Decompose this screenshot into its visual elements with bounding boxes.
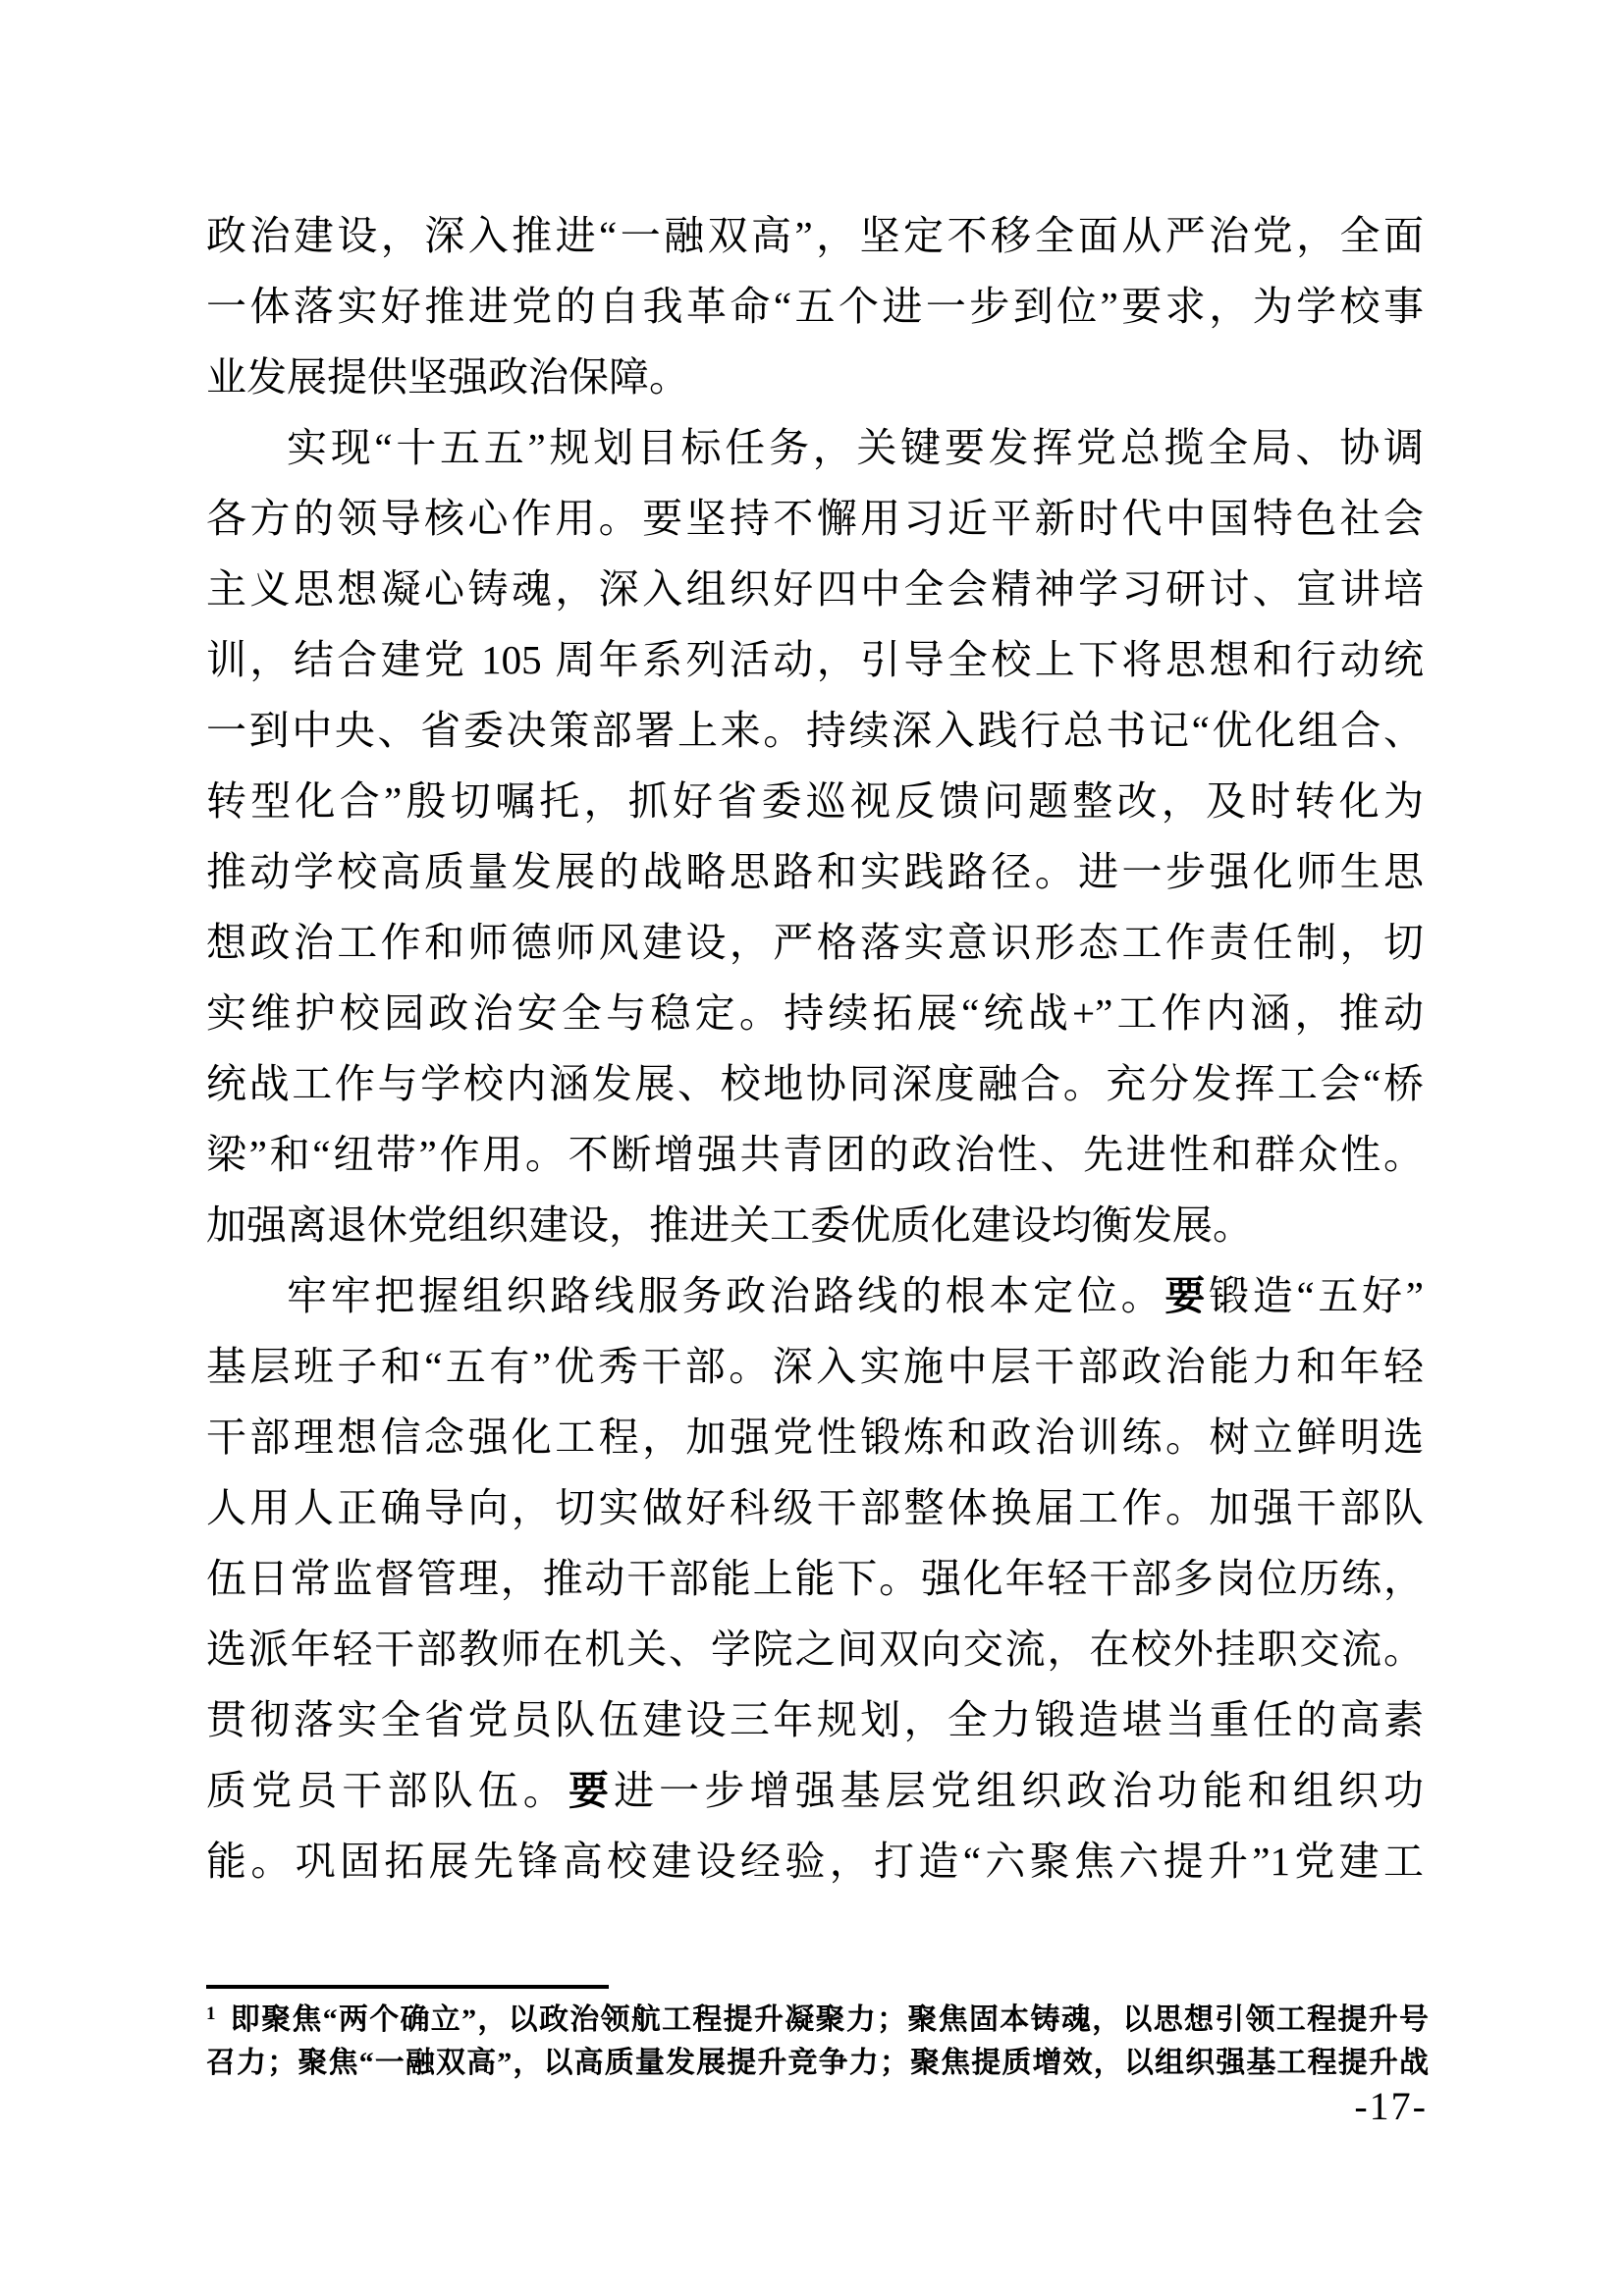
- body-line: 贯彻落实全省党员队伍建设三年规划，全力锻造堪当重任的高素: [206, 1684, 1424, 1755]
- body-text-segment: 基层班子和“五有”优秀干部。深入实施中层干部政治能力和年轻: [206, 1344, 1424, 1389]
- body-line: 基层班子和“五有”优秀干部。深入实施中层干部政治能力和年轻: [206, 1331, 1424, 1402]
- body-text-segment: 转型化合”殷切嘱托，抓好省委巡视反馈问题整改，及时转化为: [206, 778, 1424, 824]
- body-text-segment: 各方的领导核心作用。要坚持不懈用习近平新时代中国特色社会: [206, 496, 1424, 541]
- body-line: 一体落实好推进党的自我革命“五个进一步到位”要求，为学校事: [206, 271, 1424, 342]
- page-number: -17-: [1354, 2087, 1428, 2126]
- body-text-segment: 贯彻落实全省党员队伍建设三年规划，全力锻造堪当重任的高素: [206, 1697, 1424, 1742]
- body-line: 选派年轻干部教师在机关、学院之间双向交流，在校外挂职交流。: [206, 1614, 1424, 1684]
- document-page: 政治建设，深入推进“一融双高”，坚定不移全面从严治党，全面一体落实好推进党的自我…: [0, 0, 1624, 2296]
- body-text-segment: 牢牢把握组织路线服务政治路线的根本定位。: [287, 1273, 1164, 1318]
- body-text-segment: 一体落实好推进党的自我革命“五个进一步到位”要求，为学校事: [206, 284, 1424, 329]
- body-line: 质党员干部队伍。要进一步增强基层党组织政治功能和组织功: [206, 1755, 1424, 1826]
- footnote: 1即聚焦“两个确立”，以政治领航工程提升凝聚力；聚焦固本铸魂，以思想引领工程提升…: [206, 2001, 1429, 2083]
- body-line: 牢牢把握组织路线服务政治路线的根本定位。要锻造“五好”: [206, 1260, 1424, 1331]
- body-line: 转型化合”殷切嘱托，抓好省委巡视反馈问题整改，及时转化为: [206, 766, 1424, 836]
- body-line: 推动学校高质量发展的战略思路和实践路径。进一步强化师生思: [206, 836, 1424, 907]
- footnote-text: 召力；聚焦“一融双高”，以高质量发展提升竞争力；聚焦提质增效，以组织强基工程提升…: [206, 2047, 1429, 2079]
- body-text-segment: 人用人正确导向，切实做好科级干部整体换届工作。加强干部队: [206, 1485, 1424, 1530]
- body-text-segment: 一到中央、省委决策部署上来。持续深入践行总书记“优化组合、: [206, 708, 1424, 753]
- body-line: 加强离退休党组织建设，推进关工委优质化建设均衡发展。: [206, 1190, 1424, 1260]
- body-text-segment: 加强离退休党组织建设，推进关工委优质化建设均衡发展。: [206, 1202, 1253, 1248]
- body-text-segment: 干部理想信念强化工程，加强党性锻炼和政治训练。树立鲜明选: [206, 1415, 1424, 1460]
- body-line: 实现“十五五”规划目标任务，关键要发挥党总揽全局、协调: [206, 412, 1424, 483]
- body-text-segment: 锻造“五好”: [1209, 1273, 1424, 1318]
- body-text-segment: 想政治工作和师德师风建设，严格落实意识形态工作责任制，切: [206, 920, 1424, 965]
- footnote-separator: [206, 1985, 609, 1989]
- emphasis-text: 要: [1164, 1273, 1209, 1318]
- body-text-segment: 训，结合建党 105 周年系列活动，引导全校上下将思想和行动统: [206, 637, 1424, 682]
- body-text-segment: 能。巩固拓展先锋高校建设经验，打造“六聚焦六提升”1党建工: [206, 1839, 1424, 1884]
- body-line: 业发展提供坚强政治保障。: [206, 342, 1424, 412]
- body-text-segment: 梁”和“纽带”作用。不断增强共青团的政治性、先进性和群众性。: [206, 1132, 1424, 1177]
- body-text-segment: 主义思想凝心铸魂，深入组织好四中全会精神学习研讨、宣讲培: [206, 566, 1424, 612]
- body-line: 能。巩固拓展先锋高校建设经验，打造“六聚焦六提升”1党建工: [206, 1826, 1424, 1896]
- body-line: 一到中央、省委决策部署上来。持续深入践行总书记“优化组合、: [206, 695, 1424, 766]
- body-text-segment: 伍日常监督管理，推动干部能上能下。强化年轻干部多岗位历练，: [206, 1556, 1424, 1601]
- body-line: 训，结合建党 105 周年系列活动，引导全校上下将思想和行动统: [206, 624, 1424, 695]
- footnote-text: 即聚焦“两个确立”，以政治领航工程提升凝聚力；聚焦固本铸魂，以思想引领工程提升号: [230, 2003, 1430, 2036]
- footnote-marker: 1: [206, 1995, 216, 2034]
- body-line: 伍日常监督管理，推动干部能上能下。强化年轻干部多岗位历练，: [206, 1543, 1424, 1614]
- emphasis-text: 要: [568, 1768, 614, 1813]
- footnote-line: 1即聚焦“两个确立”，以政治领航工程提升凝聚力；聚焦固本铸魂，以思想引领工程提升…: [206, 2001, 1429, 2044]
- body-text-segment: 推动学校高质量发展的战略思路和实践路径。进一步强化师生思: [206, 849, 1424, 894]
- document-body: 政治建设，深入推进“一融双高”，坚定不移全面从严治党，全面一体落实好推进党的自我…: [206, 200, 1424, 1896]
- body-text-segment: 统战工作与学校内涵发展、校地协同深度融合。充分发挥工会“桥: [206, 1061, 1424, 1106]
- body-text-segment: 政治建设，深入推进“一融双高”，坚定不移全面从严治党，全面: [206, 213, 1424, 258]
- body-line: 干部理想信念强化工程，加强党性锻炼和政治训练。树立鲜明选: [206, 1402, 1424, 1472]
- body-line: 实维护校园政治安全与稳定。持续拓展“统战+”工作内涵，推动: [206, 978, 1424, 1048]
- body-line: 政治建设，深入推进“一融双高”，坚定不移全面从严治党，全面: [206, 200, 1424, 271]
- body-text-segment: 选派年轻干部教师在机关、学院之间双向交流，在校外挂职交流。: [206, 1627, 1424, 1672]
- body-text-segment: 进一步增强基层党组织政治功能和组织功: [614, 1768, 1424, 1813]
- body-text-segment: 实维护校园政治安全与稳定。持续拓展“统战+”工作内涵，推动: [206, 990, 1424, 1036]
- body-line: 统战工作与学校内涵发展、校地协同深度融合。充分发挥工会“桥: [206, 1048, 1424, 1119]
- body-line: 想政治工作和师德师风建设，严格落实意识形态工作责任制，切: [206, 907, 1424, 978]
- body-line: 各方的领导核心作用。要坚持不懈用习近平新时代中国特色社会: [206, 483, 1424, 554]
- body-text-segment: 质党员干部队伍。: [206, 1768, 568, 1813]
- body-text-segment: 业发展提供坚强政治保障。: [206, 354, 689, 400]
- body-line: 人用人正确导向，切实做好科级干部整体换届工作。加强干部队: [206, 1472, 1424, 1543]
- body-line: 主义思想凝心铸魂，深入组织好四中全会精神学习研讨、宣讲培: [206, 554, 1424, 624]
- body-text-segment: 实现“十五五”规划目标任务，关键要发挥党总揽全局、协调: [287, 425, 1424, 470]
- footnote-line: 召力；聚焦“一融双高”，以高质量发展提升竞争力；聚焦提质增效，以组织强基工程提升…: [206, 2044, 1429, 2083]
- body-line: 梁”和“纽带”作用。不断增强共青团的政治性、先进性和群众性。: [206, 1119, 1424, 1190]
